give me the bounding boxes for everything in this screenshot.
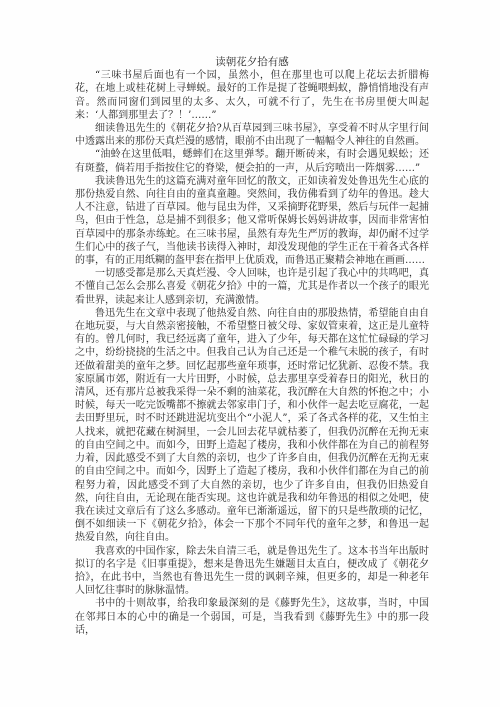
document-content: 读朝花夕拾有感 “三味书屋后面也有一个园，虽然小，但在那里也可以爬上花坛去折腊梅… — [75, 56, 429, 637]
paragraph-reading-intro: 细读鲁迅先生的《朝花夕拾?从百草园到三味书屋》，享受着不时从字里行间中透露出来的… — [75, 122, 429, 148]
document-page: 读朝花夕拾有感 “三味书屋后面也有一个园，虽然小，但在那里也可以爬上花坛去折腊梅… — [0, 0, 500, 707]
paragraph-childhood-luxun: 我读鲁迅先生的这篇充满对童年回忆的散文，正如读着发处鲁迅先生心底的那份热爱自然、… — [75, 175, 429, 267]
paragraph-resonance: 一切感受都是那么天真烂漫、令人回味，也许是引起了我心中的共鸣吧，真不懂自己怎么会… — [75, 267, 429, 307]
paragraph-tengye-story: 书中的十则故事，给我印象最深刻的是《藤野先生》，这故事，当时，中国在邻邦日本的心… — [75, 597, 429, 637]
paragraph-quote-youling: “油蛉在这里低唱，蟋蟀们在这里弹琴。翻开断砖来，有时会遇见蜈蚣；还有斑蝥，倘若用… — [75, 148, 429, 174]
paragraph-nature-freedom: 鲁迅先生在文章中表现了他热爱自然、向往自由的那股热情，希望能自由自在地玩耍，与大… — [75, 307, 429, 545]
paragraph-favorite-writers: 我喜欢的中国作家，除去朱自清三毛，就是鲁迅先生了。这本书当年出版时拟订的名字是《… — [75, 545, 429, 598]
document-title: 读朝花夕拾有感 — [75, 56, 429, 69]
paragraph-quote-sanwei: “三味书屋后面也有一个园，虽然小，但在那里也可以爬上花坛去折腊梅花，在地上或桂花… — [75, 69, 429, 122]
